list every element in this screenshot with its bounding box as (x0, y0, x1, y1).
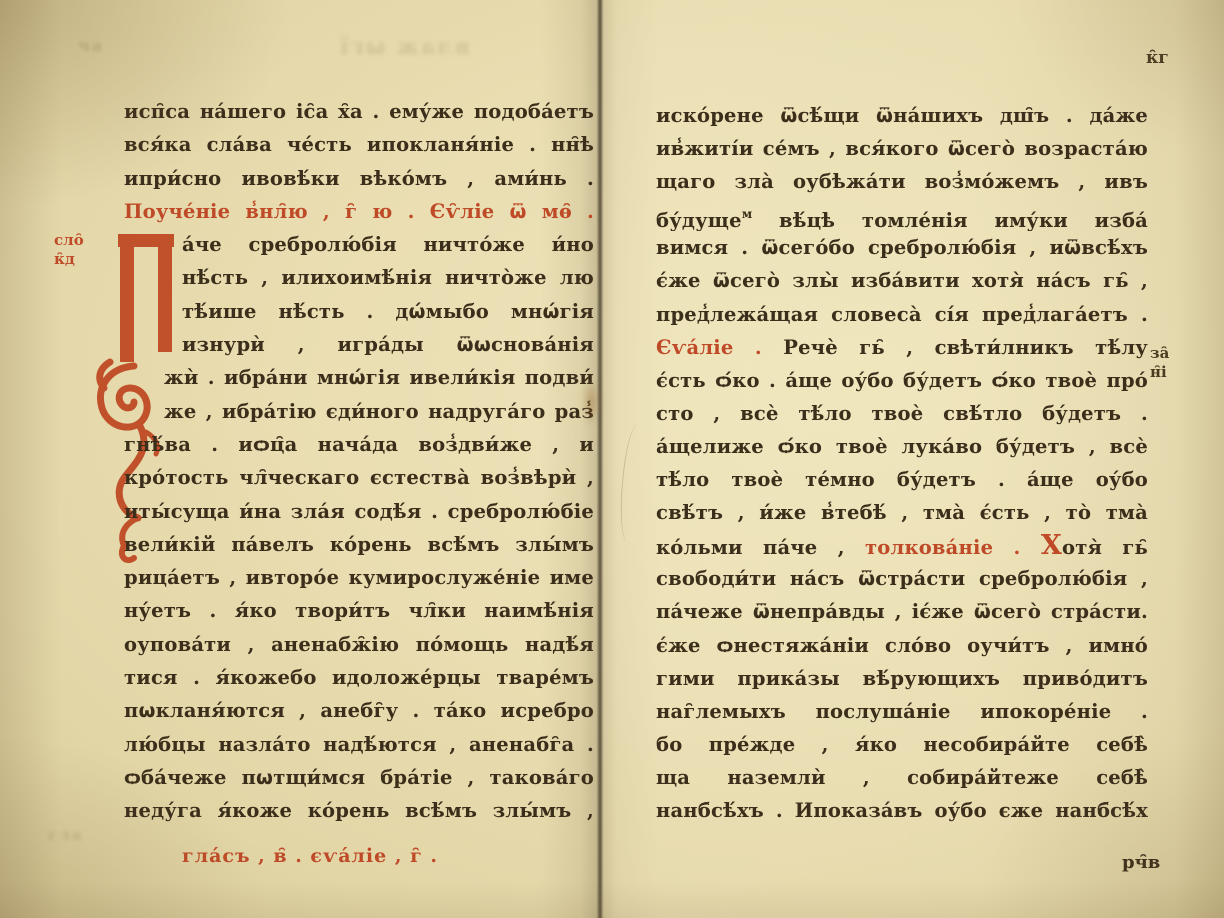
body-text: ну́етъ . я́ко твори́тъ чл̑ки наимѣ́нія (124, 599, 594, 622)
text-line: изнурѝ , игра́ды ѿѡснова́нія низло́ (124, 328, 594, 361)
rubric-text: Поуче́ніе в̾нл̑ю , г̑ ю . Єѵ̑ліе ѿ мѳ̑ . (124, 200, 594, 223)
body-text: жѝ . ибра́ни мнѡ́гія ивели́кія подви́ (164, 366, 594, 389)
body-text: а́щелиже ѻ́ко твоѐ лука́во бу́детъ , всѐ (656, 435, 1148, 458)
body-text: є́сть ѻ́ко . а́ще оу́бо бу́детъ ѻ́ко тво… (656, 369, 1148, 392)
body-text: гими прика́зы вѣ́рующихъ приво́дитъ (656, 667, 1148, 690)
body-text: рица́етъ , ивторо́е кумирослуже́ніе име (124, 566, 594, 589)
body-text: ѻба́чеже пѡтщи́мся бра́тіе , такова́го (124, 766, 594, 789)
body-text: ив̾житі́и се́мъ , вся́кого ѿсего̀ возрас… (656, 137, 1148, 160)
body-text: є́же ѻнестяжа́ніи сло́во оучи́тъ , имно́ (656, 634, 1148, 657)
right-margin-note: за̑ н̑і (1150, 344, 1169, 382)
text-line: Поуче́ніе в̾нл̑ю , г̑ ю . Єѵ̑ліе ѿ мѳ̑ . (124, 195, 594, 228)
text-line: щаго зла̀ оубѣжа́ти воз̾мо́жемъ , ивъ (656, 165, 1148, 198)
body-text: є́же ѿсего̀ злы̀ изба́вити хотя̀ на́съ г… (656, 269, 1148, 292)
body-text: наг̑лемыхъ послуша́ніе ипокоре́ніе . ре́… (656, 700, 1148, 728)
left-page-lines: исп̑са на́шего іс̑а х̑а . ему́же подоба́… (124, 95, 594, 828)
body-text: тѣ́ише нѣ́сть . дѡ́мыбо мнѡ́гія (182, 300, 594, 323)
margin-note-line: сло̑ (54, 231, 84, 250)
body-text: вимся . ѿсего́бо сребролю́бія , иѿвсѣ́хъ (656, 236, 1148, 259)
body-text: вся́ка сла́ва че́сть ипокланя́ніе . нн̑ѣ (124, 133, 594, 156)
body-text: па́чеже ѿнепра́вды , іє́же ѿсего̀ стра́с… (656, 600, 1148, 623)
body-text: нанб̑сѣ́хъ . Ипоказа́въ оу́бо єже нанб̑с… (656, 799, 1148, 822)
body-text: свободи́ти на́съ ѿстра́сти сребролю́бія … (656, 567, 1148, 590)
body-text: лю́бцы назла́то надѣ́ются , аненабг̑а . (124, 733, 594, 756)
body-text: иты́суща и́на зла́я содѣ́я . сребролю́бі… (124, 500, 594, 523)
body-text: ко́льми па́че , (656, 536, 865, 559)
rubric-text: Х (1041, 530, 1062, 561)
rubric-text: толкова́ніе . (865, 536, 1021, 559)
text-line: лю́бцы назла́то надѣ́ются , аненабг̑а . (124, 728, 594, 761)
body-text: Речѐ гь̑ , свѣти́лникъ тѣ́лу (762, 336, 1148, 359)
text-line: свободи́ти на́съ ѿстра́сти сребролю́бія … (656, 562, 1148, 595)
text-line: є́же ѿсего̀ злы̀ изба́вити хотя̀ на́съ г… (656, 264, 1148, 297)
left-margin-note: сло̑ к̑д (54, 231, 84, 269)
text-line: бо пре́жде , я́ко несобира́йте себѣ̀ сок… (656, 728, 1148, 761)
body-text: а́че сребролю́бія ничто́же и́но злѣ́ише (182, 233, 594, 261)
text-line: пѡкланя́ются , анебг̑у . та́ко исребро (124, 694, 594, 727)
margin-note-line: за̑ (1150, 344, 1169, 363)
text-line: иско́рене ѿсѣ́щи ѿна́шихъ дш̑ъ . да́же (656, 99, 1148, 132)
text-line: ѻба́чеже пѡтщи́мся бра́тіе , такова́го (124, 761, 594, 794)
text-line: бу́дущем вѣ́цѣ томле́нія иму́ки изба́ (656, 198, 1148, 231)
text-line: иты́суща и́на зла́я содѣ́я . сребролю́бі… (124, 495, 594, 528)
body-text: отя̀ гь̑ (1062, 536, 1148, 559)
body-text: оупова́ти , аненабж̑ію по́мощь надѣ́я (124, 633, 594, 656)
text-line: сто , всѐ тѣ́ло твоѐ свѣ́тло бу́детъ . (656, 397, 1148, 430)
body-text: изнурѝ , игра́ды ѿѡснова́нія низло́ (182, 333, 594, 361)
text-line: рица́етъ , ивторо́е кумирослуже́ніе име (124, 561, 594, 594)
text-line: ща наземлѝ , собира́йтеже себѣ̀ сокро́ви… (656, 761, 1148, 794)
quire-mark: рч̑в (1122, 852, 1160, 873)
text-line: пред̾лежа́щая словеса̀ сі́я пред̾лага́ет… (656, 298, 1148, 331)
margin-note-line: н̑і (1150, 363, 1169, 382)
ink-bleed-ghost: влаж ѡгї (280, 34, 470, 60)
text-line: нѣ́сть , илихоимѣ́нія ничто̀же лю (124, 261, 594, 294)
body-text: гнѣ́ва . иѻц̑а нача́да воз̾дви́же , и (124, 433, 594, 456)
margin-note-line: к̑д (54, 250, 84, 269)
body-text: исп̑са на́шего іс̑а х̑а . ему́же подоба́… (124, 100, 594, 123)
rubric-text: Єѵа́ліе . (656, 336, 762, 359)
text-line: ну́етъ . я́ко твори́тъ чл̑ки наимѣ́нія (124, 594, 594, 627)
body-text: же , ибра́тію єди́ного надруга́го раз̾ (164, 400, 594, 423)
ink-bleed-ghost: гла (48, 826, 108, 844)
text-line: гнѣ́ва . иѻц̑а нача́да воз̾дви́же , и (124, 428, 594, 461)
text-line: ив̾житі́и се́мъ , вся́кого ѿсего̀ возрас… (656, 132, 1148, 165)
paper-stain (582, 378, 600, 426)
folio-number: к̑г (1146, 48, 1169, 68)
body-text: нѣ́сть , илихоимѣ́нія ничто̀же лю (182, 266, 594, 289)
body-text: щаго зла̀ оубѣжа́ти воз̾мо́жемъ , ивъ (656, 170, 1148, 193)
body-text: кро́тость чл̑ческаго єстества̀ воз̾вѣрѝ … (124, 466, 594, 489)
text-line: кро́тость чл̑ческаго єстества̀ воз̾вѣрѝ … (124, 461, 594, 494)
body-text: м (742, 207, 753, 221)
text-line: оупова́ти , аненабж̑ію по́мощь надѣ́я (124, 628, 594, 661)
body-text: свѣ́тъ , и́же в̾тебѣ́ , тма̀ є́сть , то̀… (656, 501, 1148, 524)
text-line: Єѵа́ліе . Речѐ гь̑ , свѣти́лникъ тѣ́лу (656, 331, 1148, 364)
text-line: тѣ́ише нѣ́сть . дѡ́мыбо мнѡ́гія (124, 295, 594, 328)
body-text: бу́дуще (656, 209, 742, 231)
body-text: неду́га я́коже ко́рень всѣ́мъ злы́мъ , (124, 799, 594, 822)
text-line: неду́га я́коже ко́рень всѣ́мъ злы́мъ , (124, 794, 594, 827)
body-text: тися . я́кожебо идоложе́рцы тваре́мъ (124, 666, 594, 689)
body-text: бо пре́жде , я́ко несобира́йте себѣ̀ сок… (656, 733, 1148, 761)
text-line: а́че сребролю́бія ничто́же и́но злѣ́ише (124, 228, 594, 261)
body-text: пѡкланя́ются , анебг̑у . та́ко исребро (124, 699, 594, 722)
right-page-lines: иско́рене ѿсѣ́щи ѿна́шихъ дш̑ъ . да́жеив… (656, 99, 1148, 827)
text-line: тѣ́ло твоѐ те́мно бу́детъ . а́ще оу́бо (656, 463, 1148, 496)
body-text: сто , всѐ тѣ́ло твоѐ свѣ́тло бу́детъ . (656, 402, 1148, 425)
text-line: па́чеже ѿнепра́вды , іє́же ѿсего̀ стра́с… (656, 595, 1148, 628)
text-line: гими прика́зы вѣ́рующихъ приво́дитъ (656, 662, 1148, 695)
text-line: жѝ . ибра́ни мнѡ́гія ивели́кія подви́ (124, 361, 594, 394)
book-spread: влаж ѡгї ча гла к̑г рч̑в сло̑ к̑д за̑ н̑… (0, 0, 1224, 918)
text-line: наг̑лемыхъ послуша́ніе ипокоре́ніе . ре́… (656, 695, 1148, 728)
text-line: вся́ка сла́ва че́сть ипокланя́ніе . нн̑ѣ (124, 128, 594, 161)
text-line: ипри́сно ивовѣ́ки вѣко́мъ , ами́нь . (124, 162, 594, 195)
body-text: вели́кій па́велъ ко́рень всѣ́мъ злы́мъ н… (124, 533, 594, 561)
body-text: тѣ́ло твоѐ те́мно бу́детъ . а́ще оу́бо (656, 468, 1148, 491)
text-line: є́сть ѻ́ко . а́ще оу́бо бу́детъ ѻ́ко тво… (656, 364, 1148, 397)
left-page-footer: гла́съ , в̑ . єѵа́ліе , г̑ . (110, 845, 510, 867)
text-line: є́же ѻнестяжа́ніи сло́во оучи́тъ , имно́ (656, 629, 1148, 662)
text-line: ко́льми па́че , толкова́ніе . Хотя̀ гь̑ (656, 529, 1148, 562)
body-text: иско́рене ѿсѣ́щи ѿна́шихъ дш̑ъ . да́же (656, 104, 1148, 127)
text-line: исп̑са на́шего іс̑а х̑а . ему́же подоба́… (124, 95, 594, 128)
text-line: а́щелиже ѻ́ко твоѐ лука́во бу́детъ , всѐ (656, 430, 1148, 463)
text-line: тися . я́кожебо идоложе́рцы тваре́мъ (124, 661, 594, 694)
text-line: же , ибра́тію єди́ного надруга́го раз̾ (124, 395, 594, 428)
body-text: вѣ́цѣ томле́нія иму́ки изба́ (752, 209, 1148, 231)
text-line: нанб̑сѣ́хъ . Ипоказа́въ оу́бо єже нанб̑с… (656, 794, 1148, 827)
text-line: вели́кій па́велъ ко́рень всѣ́мъ злы́мъ н… (124, 528, 594, 561)
text-line: свѣ́тъ , и́же в̾тебѣ́ , тма̀ є́сть , то̀… (656, 496, 1148, 529)
body-text: пред̾лежа́щая словеса̀ сі́я пред̾лага́ет… (656, 303, 1148, 326)
body-text: ипри́сно ивовѣ́ки вѣко́мъ , ами́нь . (124, 167, 594, 190)
body-text: ща наземлѝ , собира́йтеже себѣ̀ сокро́ви… (656, 766, 1148, 794)
body-text (1021, 536, 1041, 559)
text-line: вимся . ѿсего́бо сребролю́бія , иѿвсѣ́хъ (656, 231, 1148, 264)
ink-bleed-ghost: ча (78, 36, 128, 55)
